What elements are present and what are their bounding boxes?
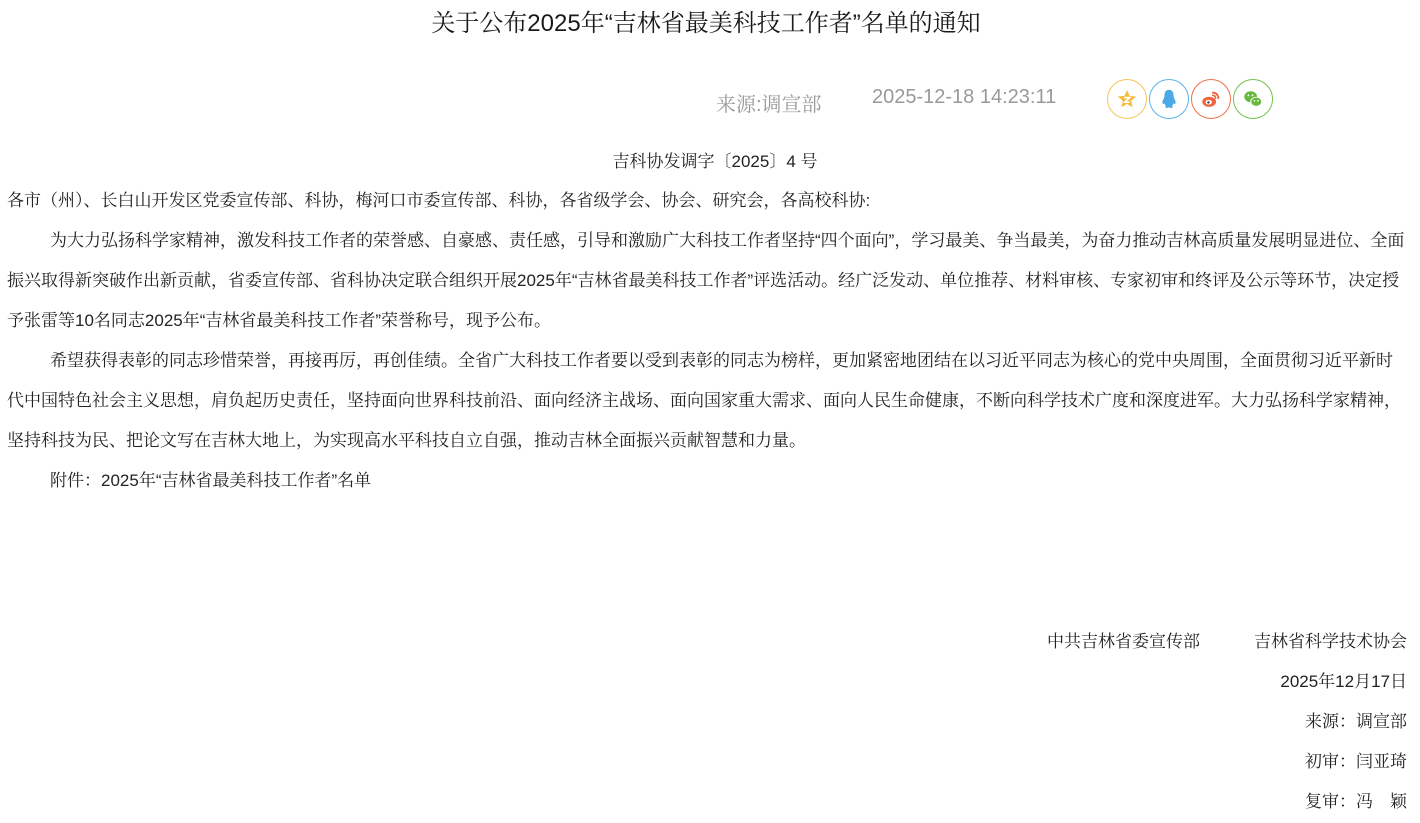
attachment-note: 附件：2025年“吉林省最美科技工作者”名单 — [7, 461, 1407, 501]
paragraph-1: 为大力弘扬科学家精神，激发科技工作者的荣誉感、自豪感、责任感，引导和激励广大科技… — [7, 221, 1407, 341]
share-qzone-button[interactable] — [1107, 79, 1147, 119]
share-wechat-button[interactable] — [1233, 79, 1273, 119]
signature-orgs: 中共吉林省委宣传部吉林省科学技术协会 — [1047, 630, 1407, 654]
document-number: 吉科协发调字〔2025〕4 号 — [0, 150, 1420, 174]
qzone-star-icon — [1116, 88, 1138, 110]
salutation: 各市（州）、长白山开发区党委宣传部、科协，梅河口市委宣传部、科协，各省级学会、协… — [7, 181, 1407, 221]
second-reviewer: 复审：冯 颖 — [1305, 790, 1407, 814]
wechat-icon — [1242, 88, 1264, 110]
article-content: 各市（州）、长白山开发区党委宣传部、科协，梅河口市委宣传部、科协，各省级学会、协… — [7, 181, 1407, 501]
article-title: 关于公布2025年“吉林省最美科技工作者”名单的通知 — [0, 6, 1412, 42]
paragraph-2: 希望获得表彰的同志珍惜荣誉，再接再厉，再创佳绩。全省广大科技工作者要以受到表彰的… — [7, 341, 1407, 461]
signature-date: 2025年12月17日 — [1280, 670, 1407, 694]
weibo-icon — [1200, 88, 1222, 110]
share-qq-button[interactable] — [1149, 79, 1189, 119]
article-source: 来源:调宣部 — [716, 88, 822, 117]
article-datetime: 2025-12-18 14:23:11 — [872, 86, 1056, 109]
first-reviewer: 初审：闫亚琦 — [1305, 750, 1407, 774]
signature-org-propaganda: 中共吉林省委宣传部 — [1047, 632, 1200, 651]
share-bar — [1107, 79, 1273, 119]
share-weibo-button[interactable] — [1191, 79, 1231, 119]
signature-org-association: 吉林省科学技术协会 — [1254, 632, 1407, 651]
signature-source: 来源：调宣部 — [1305, 710, 1407, 734]
qq-penguin-icon — [1158, 88, 1180, 110]
